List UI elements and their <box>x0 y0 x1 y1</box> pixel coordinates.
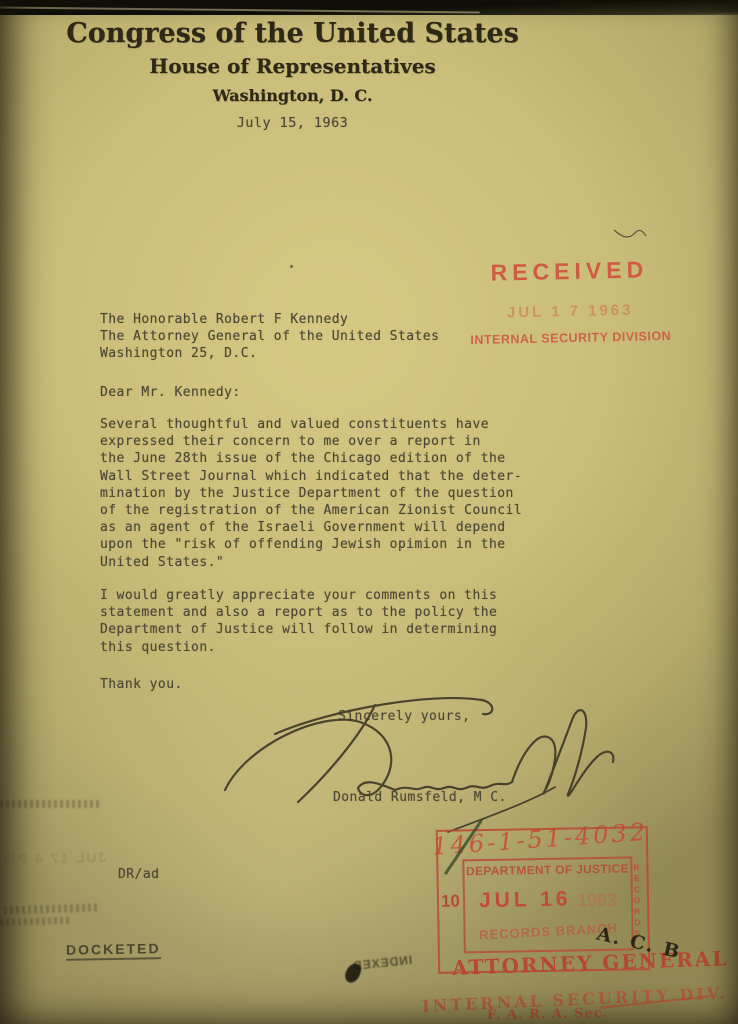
received-stamp-division: INTERNAL SECURITY DIVISION <box>456 329 686 348</box>
doj-stamp-slot-number: 10 <box>441 891 460 911</box>
recipient-address: The Honorable Robert F Kennedy The Attor… <box>100 311 439 363</box>
bleedthrough-smudge-3 <box>0 917 70 926</box>
photo-top-edge <box>0 0 738 15</box>
bleedthrough-smudge-2 <box>4 903 99 914</box>
received-stamp-date: JUL 1 7 1963 <box>455 301 685 323</box>
doj-stamp-vertical-label: RECORDS <box>631 862 642 939</box>
ink-blot <box>343 961 363 985</box>
letter-page: Congress of the United States House of R… <box>0 0 738 1024</box>
doj-stamp-year: 1963 <box>577 890 617 912</box>
letterhead-line1: Congress of the United States <box>40 18 545 49</box>
paper-speck <box>290 265 293 268</box>
body-paragraph-2: I would greatly appreciate your comments… <box>100 587 540 656</box>
thank-you-line: Thank you. <box>100 676 183 693</box>
salutation: Dear Mr. Kennedy: <box>100 384 241 401</box>
typed-signature-name: Donald Rumsfeld, M C. <box>333 789 507 806</box>
body-paragraph-1: Several thoughtful and valued constituen… <box>100 416 540 571</box>
bleedthrough-smudge-1 <box>0 800 100 808</box>
docketed-stamp: DOCKETED <box>66 940 161 961</box>
photo-top-edge-highlight <box>0 6 480 13</box>
bleedthrough-time-stamp: JUL 17 4 PM <box>2 849 106 867</box>
letterhead-line3: Washington, D. C. <box>40 86 545 105</box>
doj-stamp-department: DEPARTMENT OF JUSTICE <box>464 861 630 878</box>
received-stamp: RECEIVED JUL 1 7 1963 INTERNAL SECURITY … <box>454 256 686 348</box>
letter-date: July 15, 1963 <box>40 115 545 132</box>
typist-initials: DR/ad <box>118 866 159 883</box>
doj-stamp-date: JUL 16 <box>479 888 572 914</box>
received-stamp-title: RECEIVED <box>454 256 685 288</box>
stray-pen-mark <box>612 222 652 248</box>
fara-sec-stamp: F. A. R. A. Sec. <box>487 1006 608 1023</box>
letterhead-line2: House of Representatives <box>40 54 545 78</box>
signature-handwriting <box>200 692 650 842</box>
